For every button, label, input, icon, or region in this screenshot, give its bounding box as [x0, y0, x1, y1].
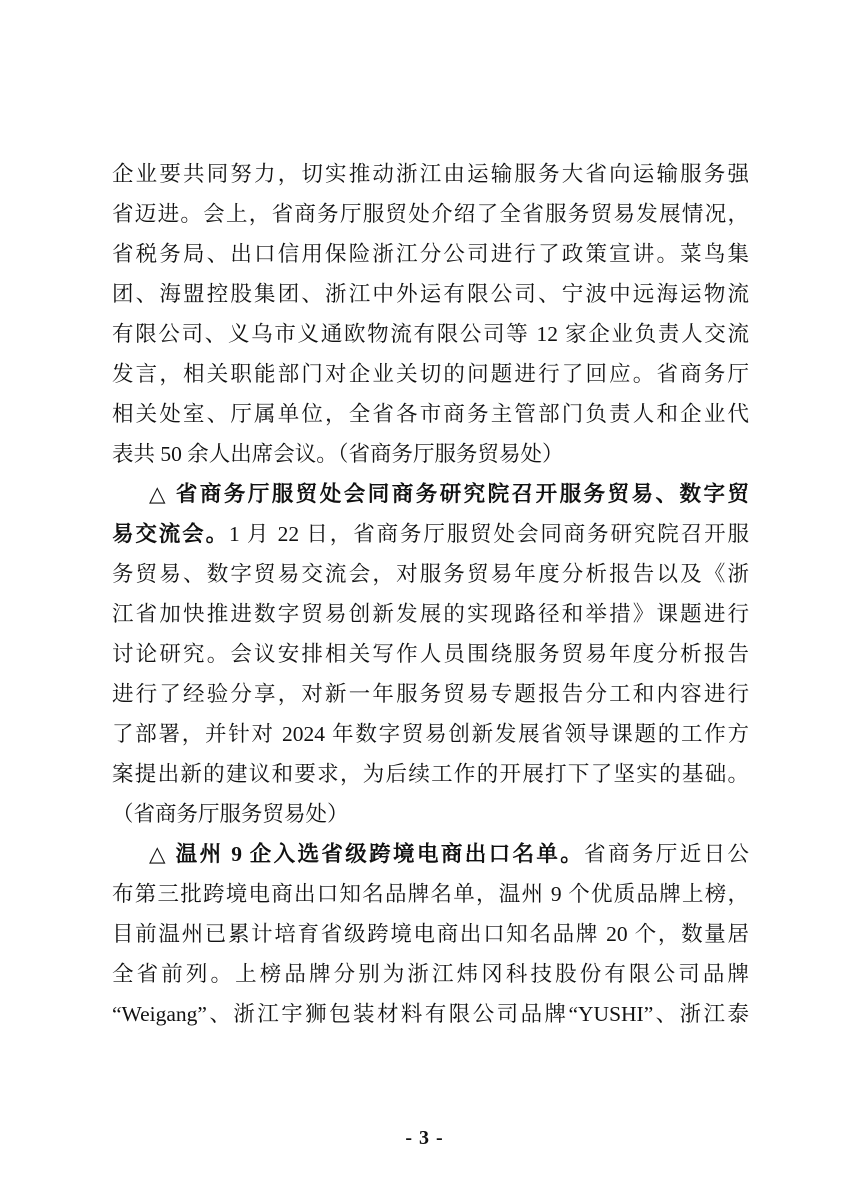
text-line: 了部署，并针对 2024 年数字贸易创新发展省领导课题的工作方 — [112, 714, 749, 754]
item-title-segment: △ 省商务厅服贸处会同商务研究院召开服务贸易、数字贸 — [149, 482, 749, 506]
news-item: △ 温州 9 企入选省级跨境电商出口名单。省商务厅近日公布第三批跨境电商出口知名… — [112, 834, 749, 1034]
document-body: 企业要共同努力，切实推动浙江由运输服务大省向运输服务强省迈进。会上，省商务厅服贸… — [112, 154, 749, 1034]
text-line: 进行了经验分享，对新一年服务贸易专题报告分工和内容进行 — [112, 674, 749, 714]
text-segment: 省税务局、出口信用保险浙江分公司进行了政策宣讲。菜鸟集 — [112, 242, 749, 266]
text-line: 省迈进。会上，省商务厅服贸处介绍了全省服务贸易发展情况， — [112, 194, 749, 234]
text-line: 表共 50 余人出席会议。（省商务厅服务贸易处） — [112, 434, 749, 474]
text-segment: 发言，相关职能部门对企业关切的问题进行了回应。省商务厅 — [112, 362, 749, 386]
text-line: （省商务厅服务贸易处） — [112, 794, 749, 834]
text-segment: 团、海盟控股集团、浙江中外运有限公司、宁波中远海运物流 — [112, 282, 749, 306]
text-segment: “Weigang”、浙江宇狮包装材料有限公司品牌“YUSHI”、浙江泰 — [112, 1002, 749, 1026]
text-segment: 表共 50 余人出席会议。（省商务厅服务贸易处） — [112, 442, 564, 466]
text-segment: 1 月 22 日，省商务厅服贸处会同商务研究院召开服 — [229, 522, 749, 546]
text-line: 目前温州已累计培育省级跨境电商出口知名品牌 20 个，数量居 — [112, 914, 749, 954]
text-segment: 进行了经验分享，对新一年服务贸易专题报告分工和内容进行 — [112, 682, 749, 706]
text-segment: 目前温州已累计培育省级跨境电商出口知名品牌 20 个，数量居 — [112, 922, 749, 946]
text-line: △ 省商务厅服贸处会同商务研究院召开服务贸易、数字贸 — [112, 474, 749, 514]
news-item: △ 省商务厅服贸处会同商务研究院召开服务贸易、数字贸易交流会。1 月 22 日，… — [112, 474, 749, 834]
text-segment: 省迈进。会上，省商务厅服贸处介绍了全省服务贸易发展情况， — [112, 202, 749, 226]
text-line: 讨论研究。会议安排相关写作人员围绕服务贸易年度分析报告 — [112, 634, 749, 674]
text-segment: 布第三批跨境电商出口知名品牌名单，温州 9 个优质品牌上榜， — [112, 882, 749, 906]
text-line: 发言，相关职能部门对企业关切的问题进行了回应。省商务厅 — [112, 354, 749, 394]
text-line: 省税务局、出口信用保险浙江分公司进行了政策宣讲。菜鸟集 — [112, 234, 749, 274]
text-line: 团、海盟控股集团、浙江中外运有限公司、宁波中远海运物流 — [112, 274, 749, 314]
text-line: 相关处室、厅属单位，全省各市商务主管部门负责人和企业代 — [112, 394, 749, 434]
text-segment: 江省加快推进数字贸易创新发展的实现路径和举措》课题进行 — [112, 602, 749, 626]
text-segment: 省商务厅近日公 — [584, 842, 749, 866]
text-line: 易交流会。1 月 22 日，省商务厅服贸处会同商务研究院召开服 — [112, 514, 749, 554]
text-segment: 务贸易、数字贸易交流会，对服务贸易年度分析报告以及《浙 — [112, 562, 749, 586]
text-segment: 案提出新的建议和要求，为后续工作的开展打下了坚实的基础。 — [112, 762, 749, 786]
text-segment: 有限公司、义乌市义通欧物流有限公司等 12 家企业负责人交流 — [112, 322, 749, 346]
item-title-segment: △ 温州 9 企入选省级跨境电商出口名单。 — [149, 842, 584, 866]
text-segment: 企业要共同努力，切实推动浙江由运输服务大省向运输服务强 — [112, 162, 749, 186]
continuation-paragraph: 企业要共同努力，切实推动浙江由运输服务大省向运输服务强省迈进。会上，省商务厅服贸… — [112, 154, 749, 474]
text-segment: 讨论研究。会议安排相关写作人员围绕服务贸易年度分析报告 — [112, 642, 749, 666]
text-line: 务贸易、数字贸易交流会，对服务贸易年度分析报告以及《浙 — [112, 554, 749, 594]
text-line: 全省前列。上榜品牌分别为浙江炜冈科技股份有限公司品牌 — [112, 954, 749, 994]
text-line: 布第三批跨境电商出口知名品牌名单，温州 9 个优质品牌上榜， — [112, 874, 749, 914]
text-line: △ 温州 9 企入选省级跨境电商出口名单。省商务厅近日公 — [112, 834, 749, 874]
text-line: 江省加快推进数字贸易创新发展的实现路径和举措》课题进行 — [112, 594, 749, 634]
text-segment: （省商务厅服务贸易处） — [112, 802, 349, 826]
page-number: - 3 - — [0, 1124, 849, 1152]
text-line: “Weigang”、浙江宇狮包装材料有限公司品牌“YUSHI”、浙江泰 — [112, 994, 749, 1034]
text-segment: 相关处室、厅属单位，全省各市商务主管部门负责人和企业代 — [112, 402, 749, 426]
text-line: 有限公司、义乌市义通欧物流有限公司等 12 家企业负责人交流 — [112, 314, 749, 354]
text-segment: 全省前列。上榜品牌分别为浙江炜冈科技股份有限公司品牌 — [112, 962, 749, 986]
text-line: 企业要共同努力，切实推动浙江由运输服务大省向运输服务强 — [112, 154, 749, 194]
document-page: 企业要共同努力，切实推动浙江由运输服务大省向运输服务强省迈进。会上，省商务厅服贸… — [0, 0, 849, 1200]
text-segment: 了部署，并针对 2024 年数字贸易创新发展省领导课题的工作方 — [112, 722, 749, 746]
item-title-segment: 易交流会。 — [112, 522, 229, 546]
text-line: 案提出新的建议和要求，为后续工作的开展打下了坚实的基础。 — [112, 754, 749, 794]
